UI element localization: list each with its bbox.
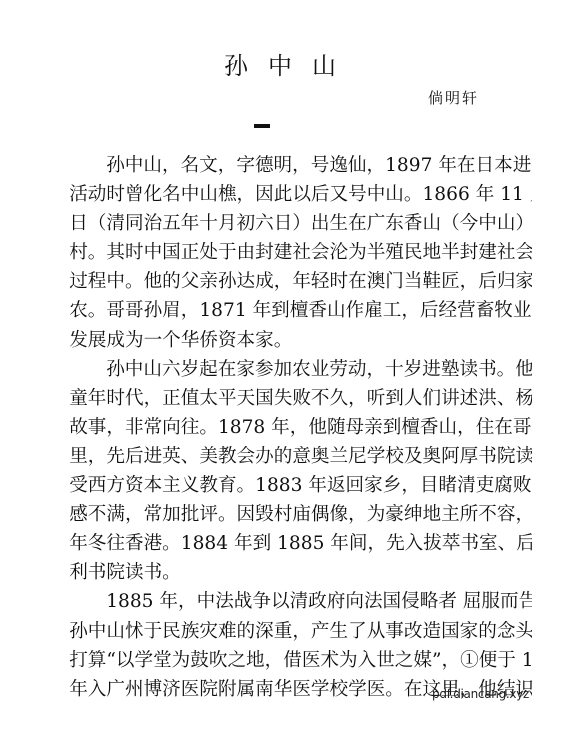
text-line: 孙中山，名文，字德明，号逸仙，1897 年在日本进行革命 [32, 151, 532, 180]
text-line: 年冬往香港。1884 年到 1885 年间，先入拔萃书室、后转域多 [32, 529, 532, 558]
section-number-one [254, 124, 270, 128]
author-name: 倘明轩 [428, 88, 479, 108]
paragraph-2: 孙中山六岁起在家参加农业劳动，十岁进塾读书。他的 童年时代，正值太平天国失败不久… [32, 355, 532, 588]
paragraph-1: 孙中山，名文，字德明，号逸仙，1897 年在日本进行革命 活动时曾化名中山樵，因… [32, 151, 532, 355]
text-line: 活动时曾化名中山樵，因此以后又号中山。1866 年 11 月 12 [32, 180, 532, 209]
text-line: 里，先后进英、美教会办的意奥兰尼学校及奥阿厚书院读书， [32, 442, 532, 471]
document-body: 孙中山，名文，字德明，号逸仙，1897 年在日本进行革命 活动时曾化名中山樵，因… [32, 151, 532, 704]
watermark: pdf.diancang.xyz [432, 687, 529, 701]
text-line: 过程中。他的父亲孙达成，年轻时在澳门当鞋匠，后归家务 [32, 267, 532, 296]
text-line: 日（清同治五年十月初六日）出生在广东香山（今中山）县翠亨 [32, 209, 532, 238]
text-line: 农。哥哥孙眉，1871 年到檀香山作雇工，后经营畜牧业，逐渐 [32, 296, 532, 325]
text-line: 发展成为一个华侨资本家。 [32, 326, 532, 355]
text-line: 打算“以学堂为鼓吹之地，借医术为入世之媒”，①便于 1886 [32, 646, 532, 675]
document-title: 孙中山 [200, 52, 360, 80]
text-line: 村。其时中国正处于由封建社会沦为半殖民地半封建社会的 [32, 238, 532, 267]
text-line: 孙中山怵于民族灾难的深重，产生了从事改造国家的念头。他 [32, 617, 532, 646]
text-line: 受西方资本主义教育。1883 年返回家乡，目睹清吏腐败，深 [32, 471, 532, 500]
text-line: 感不满，常加批评。因毁村庙偶像，为豪绅地主所不容，于同 [32, 500, 532, 529]
text-line: 利书院读书。 [32, 558, 532, 587]
text-line: 童年时代，正值太平天国失败不久，听到人们讲述洪、杨革命 [32, 384, 532, 413]
text-line: 1885 年，中法战争以清政府向法国侵略者 屈服而告终。 [32, 587, 532, 616]
text-line: 孙中山六岁起在家参加农业劳动，十岁进塾读书。他的 [32, 355, 532, 384]
text-line: 故事，非常向往。1878 年，他随母亲到檀香山，住在哥哥家 [32, 413, 532, 442]
